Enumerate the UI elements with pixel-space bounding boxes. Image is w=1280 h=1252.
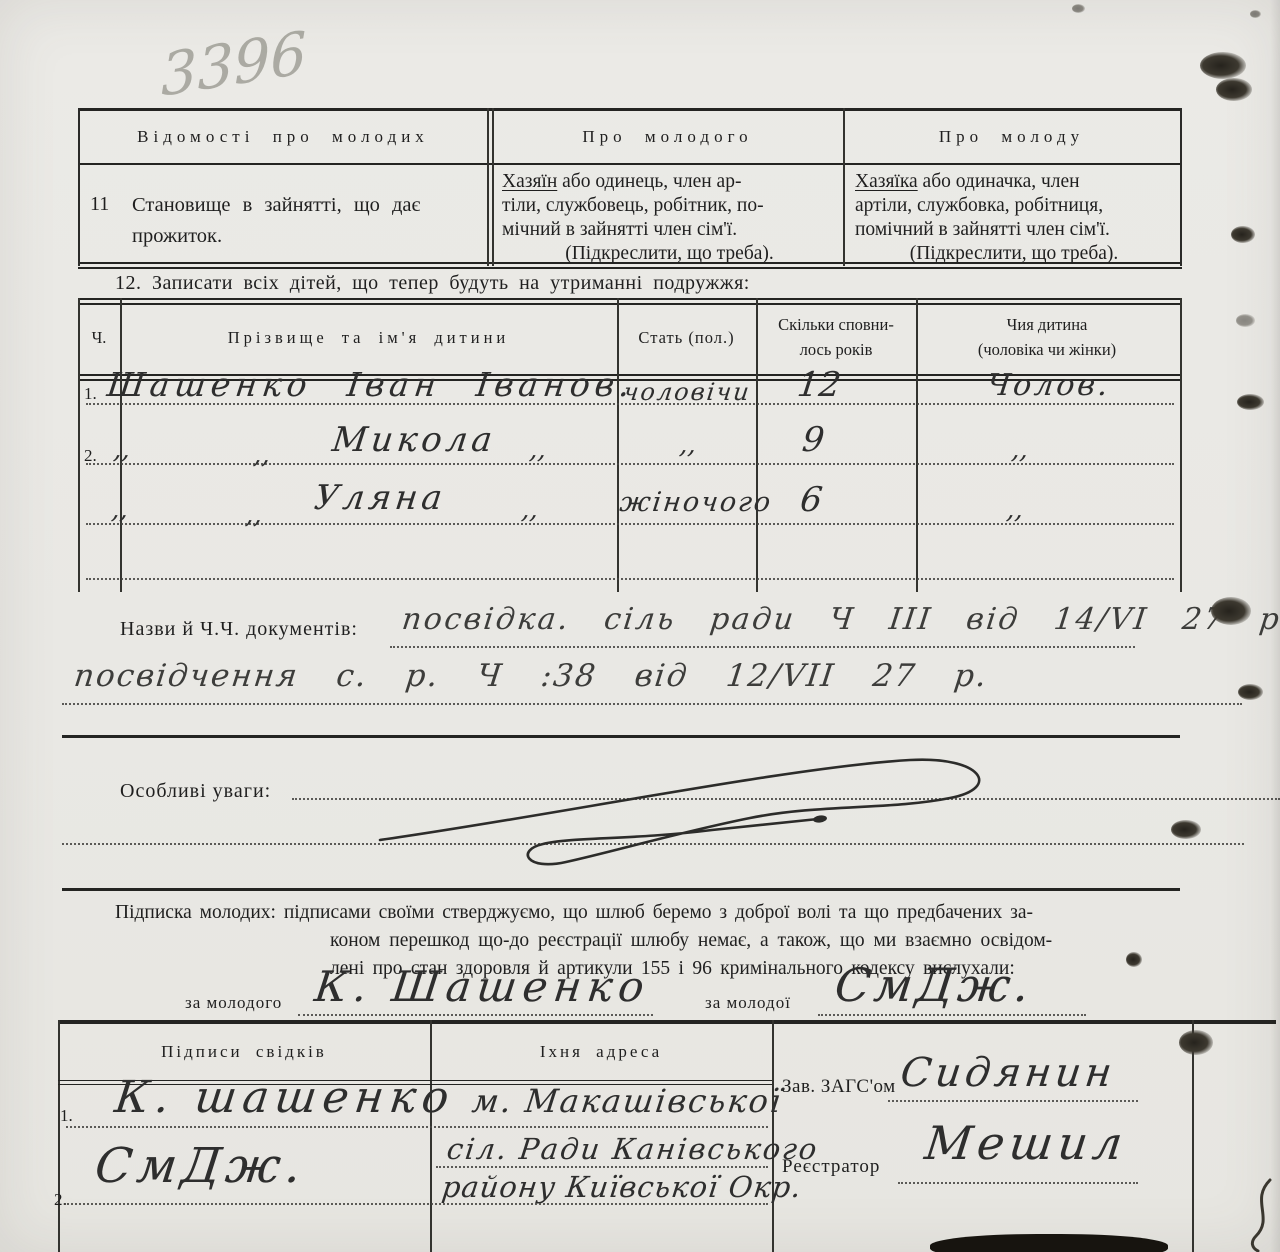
bride-note: (Підкреслити, що треба). bbox=[855, 242, 1173, 266]
child-row3-ditto-b: ,, bbox=[244, 500, 264, 530]
pencil-number: 3396 bbox=[160, 18, 307, 110]
table1-header-bride: Про молоду bbox=[843, 127, 1180, 147]
pledge-line2: коном перешкод що-до реєстрації шлюбу не… bbox=[330, 930, 1052, 952]
remarks-label: Особливі уваги: bbox=[120, 780, 271, 803]
bride-line3: помічний в зайнятті член сім'ї. bbox=[855, 218, 1173, 242]
child-row2-sex: ,, bbox=[678, 430, 698, 460]
zags-head-label: Зав. ЗАГС'ом bbox=[782, 1076, 896, 1098]
child-row2-age: 9 bbox=[800, 420, 827, 460]
child-row1-whose: Чолов. bbox=[985, 368, 1113, 403]
bride-line2: артіли, службовка, робітниця, bbox=[855, 194, 1173, 218]
registrar-label: Реєстратор bbox=[782, 1156, 880, 1178]
child-row1-name: Шашенко Іван Іванов. bbox=[105, 365, 637, 404]
child-row2-ditto-c: ,, bbox=[528, 435, 548, 465]
pledge-line1: підписами своїми стверджуємо, що шлюб бе… bbox=[284, 902, 1033, 923]
stain bbox=[1171, 820, 1201, 839]
registrar-rule bbox=[898, 1182, 1138, 1184]
section-divider-2 bbox=[62, 888, 1180, 891]
table2-top-border bbox=[78, 298, 1182, 305]
child-row1-sex: чоловічи bbox=[622, 378, 753, 406]
children-instruction: 12. Записати всіх дітей, що тепер будуть… bbox=[115, 272, 750, 295]
stain bbox=[1237, 394, 1264, 410]
witness-row2-rule bbox=[64, 1203, 768, 1205]
stain bbox=[1126, 952, 1142, 967]
groom-underlined-term: Хазяїн bbox=[502, 171, 557, 192]
bride-underlined-term: Хазяїка bbox=[855, 171, 918, 192]
table1-right-border bbox=[1180, 108, 1182, 266]
documents-line1-rule bbox=[390, 646, 1135, 648]
witness-row1-num: 1. bbox=[60, 1106, 73, 1126]
table1-header-groom: Про молодого bbox=[492, 127, 843, 147]
stain bbox=[1211, 597, 1251, 625]
stain bbox=[1236, 314, 1255, 327]
stain bbox=[1072, 4, 1085, 13]
documents-entry-1: посвідка. сіль ради Ч ІІІ від 14/VI 27 р… bbox=[400, 602, 1280, 637]
documents-entry-2: посвідчення с. р. Ч :38 від 12/VII 27 р. bbox=[72, 658, 990, 694]
bride-line1: або одиначка, член bbox=[918, 171, 1080, 192]
bride-signature: СмДж. bbox=[832, 958, 1036, 1012]
groom-signature-label: за молодого bbox=[185, 993, 282, 1013]
witness-table-header-address: Іхня адреса bbox=[430, 1042, 772, 1062]
table2-header-age-line1: Скільки сповни- bbox=[756, 315, 916, 335]
table2-header-name: Прізвище та ім'я дитини bbox=[120, 328, 617, 348]
table1-header-divider bbox=[78, 163, 1182, 165]
witness-row1-rule bbox=[66, 1126, 768, 1128]
child-row3-whose: ,, bbox=[1005, 495, 1025, 525]
row11-question-line1: Становище в зайнятті, що дає bbox=[132, 190, 467, 221]
table1-header-general: Відомості про молодих bbox=[78, 127, 488, 147]
child-row2-ditto-a: ,, bbox=[112, 435, 132, 465]
zags-head-rule bbox=[888, 1100, 1138, 1102]
child-row2-ditto-b: ,, bbox=[252, 440, 272, 470]
groom-signature: К. Шашенко bbox=[312, 962, 653, 1011]
table2-header-whose-line2: (чоловіка чи жінки) bbox=[916, 340, 1178, 360]
witness-table-header-signatures: Підписи свідків bbox=[58, 1042, 430, 1062]
marriage-record-page: 3396 Відомості про молодих Про молодого … bbox=[0, 0, 1280, 1252]
groom-line2: тіли, службовець, робітник, по- bbox=[502, 194, 837, 218]
witness1-address: м. Макашівської bbox=[470, 1082, 785, 1120]
table2-header-num: Ч. bbox=[78, 328, 120, 348]
child-row3-name: Уляна bbox=[312, 478, 448, 518]
documents-line2-rule bbox=[62, 703, 1242, 705]
witness2-address-line1: сіл. Ради Канівського bbox=[445, 1132, 821, 1166]
zags-head-signature: Сидянин bbox=[898, 1050, 1118, 1096]
groom-signature-rule bbox=[298, 1014, 653, 1016]
bride-signature-label: за молодої bbox=[705, 993, 791, 1013]
stain bbox=[1231, 226, 1255, 243]
groom-line3: мічний в зайнятті член сім'ї. bbox=[502, 218, 837, 242]
stain bbox=[1250, 10, 1261, 18]
groom-line1: або одинець, член ар- bbox=[557, 171, 741, 192]
witness-table-top-border bbox=[58, 1020, 1276, 1024]
stain bbox=[1238, 684, 1263, 700]
child-row3-ditto-a: ,, bbox=[110, 495, 130, 525]
pledge-lead: Підписка молодих: bbox=[115, 902, 276, 923]
table2-header-age-line2: лось років bbox=[756, 340, 916, 360]
child-row3-age: 6 bbox=[798, 480, 825, 520]
witness2-address-rule1 bbox=[436, 1166, 768, 1168]
section-divider-1 bbox=[62, 735, 1180, 738]
registrar-signature: Мешил bbox=[922, 1116, 1130, 1170]
child-row1-num: 1. bbox=[84, 384, 97, 404]
groom-occupation-cell: Хазяїн або одинець, член ар- тіли, служб… bbox=[502, 170, 837, 266]
shadow-blob bbox=[930, 1234, 1168, 1252]
stain bbox=[1179, 1030, 1213, 1055]
groom-note: (Підкреслити, що треба). bbox=[502, 242, 837, 266]
crossout-flourish bbox=[350, 742, 1030, 882]
child-row2-num: 2. bbox=[84, 446, 97, 466]
witness2-signature: СмДж. bbox=[92, 1138, 309, 1194]
table2-right-border bbox=[1180, 298, 1182, 592]
witness2-address-line2: району Київської Окр. bbox=[440, 1170, 804, 1204]
child-row1-age: 12 bbox=[795, 365, 843, 405]
child-row3-ditto-c: ,, bbox=[520, 495, 540, 525]
witness1-signature: К. шашенко bbox=[112, 1072, 458, 1123]
row11-number: 11 bbox=[90, 193, 109, 216]
child-row3-sex: жіночого bbox=[618, 487, 774, 518]
row11-question-line2: прожиток. bbox=[132, 221, 467, 252]
table2-header-whose-line1: Чия дитина bbox=[916, 315, 1178, 335]
child-row2-name: Микола bbox=[330, 420, 498, 460]
table2-header-sex: Стать (пол.) bbox=[617, 328, 756, 348]
documents-label: Назви й Ч.Ч. документів: bbox=[120, 618, 358, 641]
bride-signature-rule bbox=[818, 1014, 1086, 1016]
table2-row4-line bbox=[86, 578, 1174, 580]
bride-occupation-cell: Хазяїка або одиначка, член артіли, служб… bbox=[855, 170, 1173, 266]
child-row2-whose: ,, bbox=[1010, 435, 1030, 465]
page-corner-mark bbox=[1244, 1178, 1280, 1252]
witness-row2-num: 2. bbox=[54, 1190, 67, 1210]
stain bbox=[1200, 52, 1246, 79]
table1-top-border bbox=[78, 108, 1182, 111]
stain bbox=[1216, 78, 1252, 101]
